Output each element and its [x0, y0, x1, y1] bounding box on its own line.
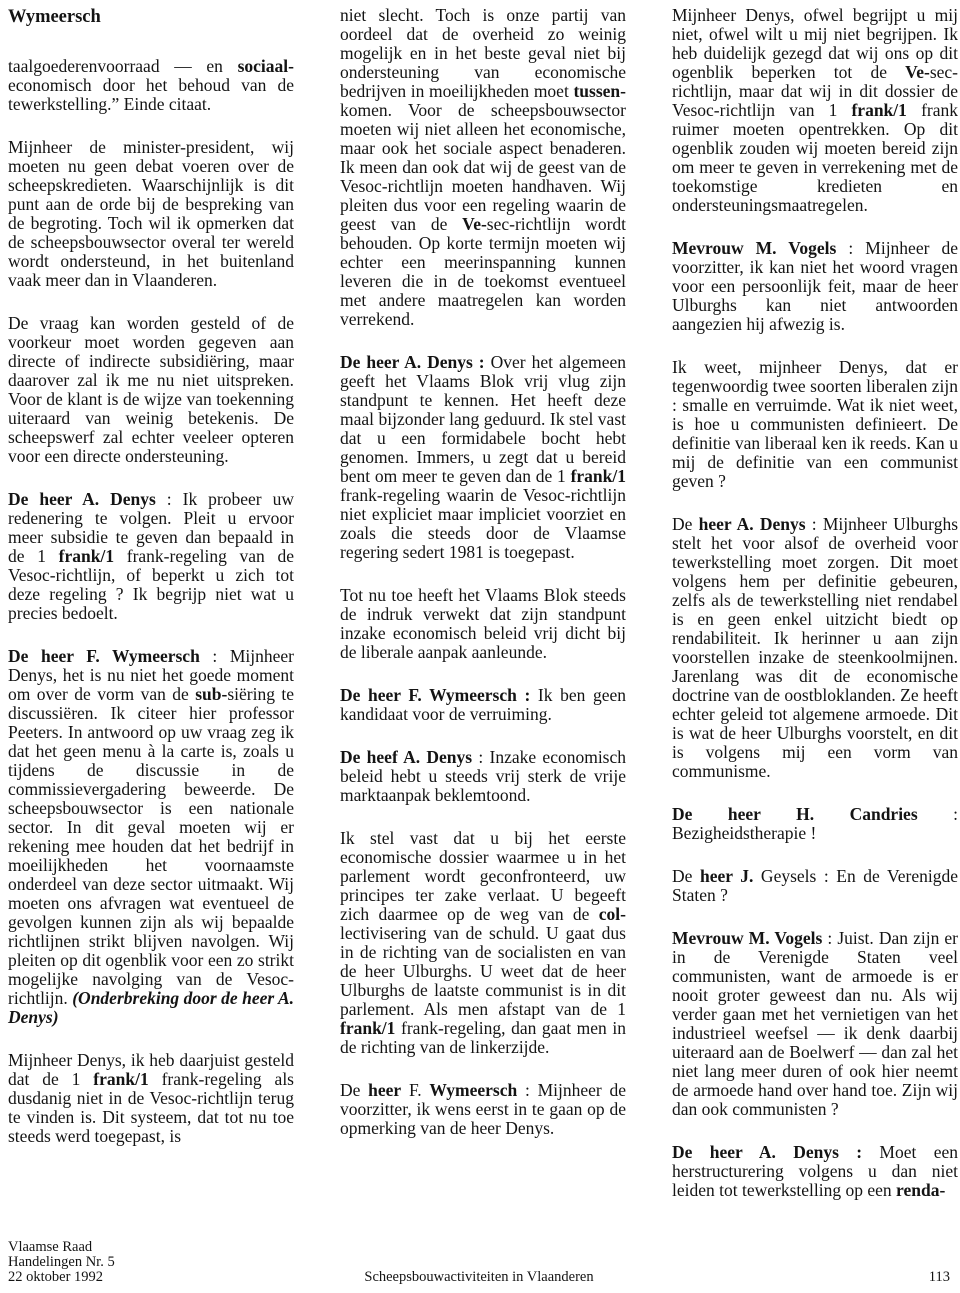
paragraph: De heef A. Denys : Inzake economisch bel…	[340, 748, 626, 805]
paragraph: De heer A. Denys : Over het algemeen gee…	[340, 353, 626, 562]
paragraph: Ik weet, mijnheer Denys, dat er tegenwoo…	[672, 358, 958, 491]
column-right: Mijnheer Denys, ofwel begrijpt u mij nie…	[672, 6, 958, 1224]
paragraph: Mijnheer de minister-president, wij moet…	[8, 138, 294, 290]
text-columns: Wymeersch taalgoederenvoorraad — en soci…	[8, 6, 958, 1224]
paragraph: De vraag kan worden gesteld of de voorke…	[8, 314, 294, 466]
paragraph: Mijnheer Denys, ik heb daarjuist gesteld…	[8, 1051, 294, 1146]
continuation-speaker: Wymeersch	[8, 8, 294, 27]
paragraph: De heer F. Wymeersch : Ik ben geen kandi…	[340, 686, 626, 724]
column-middle: niet slecht. Toch is onze partij van oor…	[340, 6, 626, 1224]
paragraph: De heer H. Candries : Bezigheidstherapie…	[672, 805, 958, 843]
paragraph: Mijnheer Denys, ofwel begrijpt u mij nie…	[672, 6, 958, 215]
paragraph: De heer A. Denys : Moet een herstructure…	[672, 1143, 958, 1200]
paragraph: Mevrouw M. Vogels : Juist. Dan zijn er i…	[672, 929, 958, 1119]
paragraph: De heer F. Wymeersch : Mijnheer de voorz…	[340, 1081, 626, 1138]
paragraph: De heer A. Denys : Ik probeer uw redener…	[8, 490, 294, 623]
footer-issue: Handelingen Nr. 5	[8, 1255, 115, 1270]
paragraph: Tot nu toe heeft het Vlaams Blok steeds …	[340, 586, 626, 662]
paragraph: De heer J. Geysels : En de Verenigde Sta…	[672, 867, 958, 905]
page-footer: Vlaamse Raad Handelingen Nr. 5 22 oktobe…	[8, 1237, 950, 1285]
column-left: Wymeersch taalgoederenvoorraad — en soci…	[8, 6, 294, 1224]
footer-page-number: 113	[929, 1270, 950, 1285]
paragraph: De heer A. Denys : Mijnheer Ulburghs ste…	[672, 515, 958, 781]
paragraph: Mevrouw M. Vogels : Mijnheer de voorzitt…	[672, 239, 958, 334]
paragraph: taalgoederenvoorraad — en sociaal-econom…	[8, 57, 294, 114]
paragraph: Ik stel vast dat u bij het eerste econom…	[340, 829, 626, 1057]
paragraph: niet slecht. Toch is onze partij van oor…	[340, 6, 626, 329]
footer-publication: Vlaamse Raad	[8, 1240, 115, 1255]
document-page: Wymeersch taalgoederenvoorraad — en soci…	[0, 0, 960, 1293]
footer-section-title: Scheepsbouwactiviteiten in Vlaanderen	[8, 1270, 950, 1285]
paragraph: De heer F. Wymeersch : Mijnheer Denys, h…	[8, 647, 294, 1027]
